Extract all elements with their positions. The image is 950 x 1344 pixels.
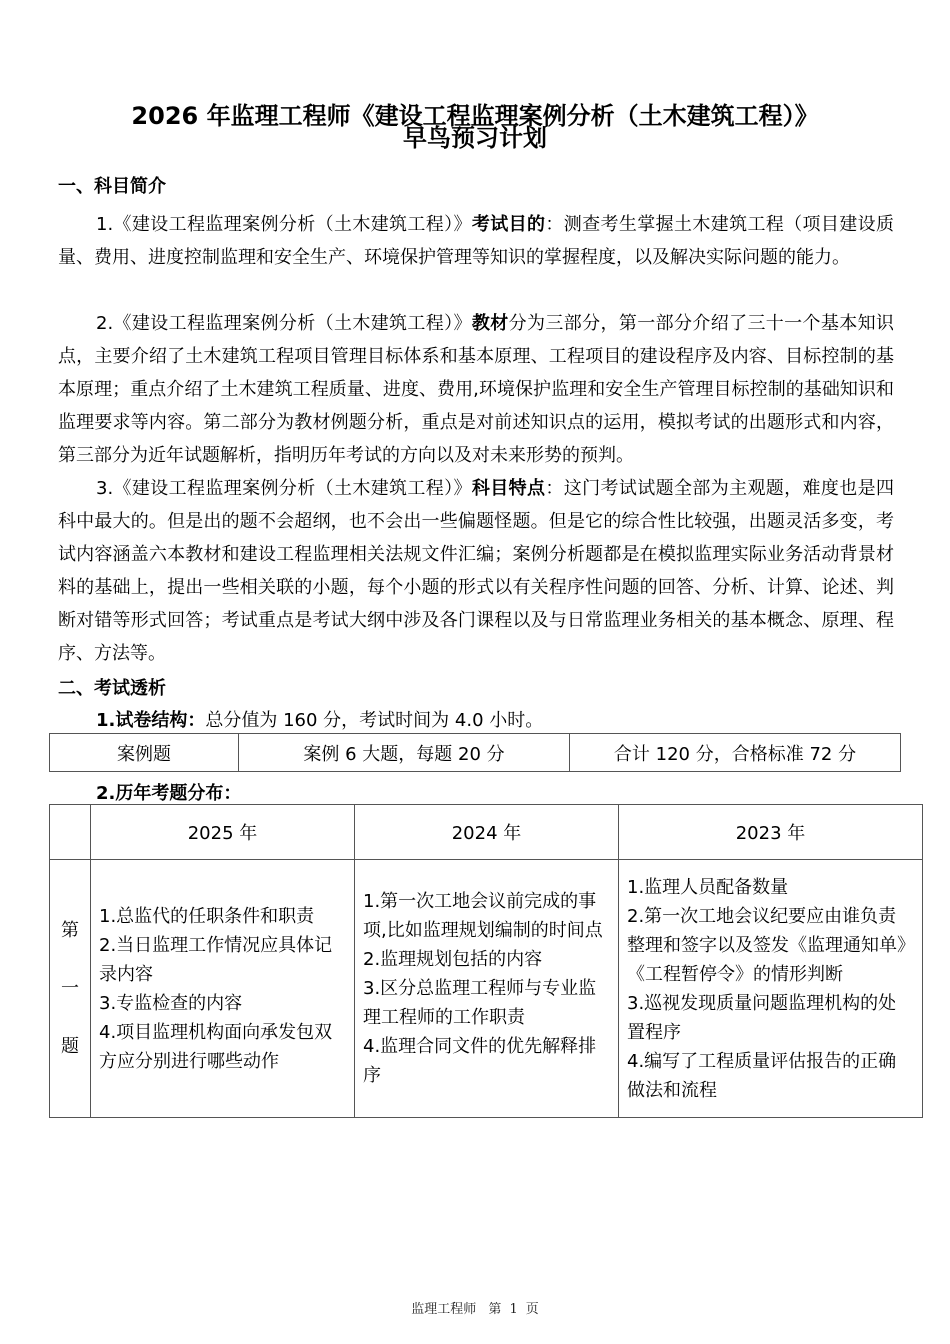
paragraph-keyword: 考试目的 — [472, 214, 545, 235]
section-heading-exam-analysis: 二、考试透析 — [58, 674, 166, 700]
table-cell: 案例 6 大题，每题 20 分 — [239, 734, 570, 772]
exam-structure-table: 案例题 案例 6 大题，每题 20 分 合计 120 分，合格标准 72 分 — [49, 733, 901, 772]
table-cell: 合计 120 分，合格标准 72 分 — [570, 734, 901, 772]
footer-page-prefix: 第 — [488, 1302, 501, 1317]
table-row: 案例题 案例 6 大题，每题 20 分 合计 120 分，合格标准 72 分 — [50, 734, 901, 772]
footer-page-suffix: 页 — [526, 1302, 539, 1317]
exam-structure-label: 1.试卷结构： — [96, 710, 205, 731]
table-header-cell — [50, 805, 91, 860]
exam-structure-text: 总分值为 160 分，考试时间为 4.0 小时。 — [205, 710, 543, 731]
list-item: 1.第一次工地会议前完成的事项,比如监理规划编制的时间点 — [363, 887, 610, 945]
list-item: 4.监理合同文件的优先解释排序 — [363, 1032, 610, 1090]
list-item: 4.编写了工程质量评估报告的正确做法和流程 — [627, 1047, 914, 1105]
paragraph-text: ：这门考试试题全部为主观题，难度也是四科中最大的。但是出的题不会超纲，也不会出一… — [58, 478, 894, 664]
cell-2025: 1.总监代的任职条件和职责 2.当日监理工作情况应具体记录内容 3.专监检查的内… — [91, 860, 355, 1118]
list-item: 1.监理人员配备数量 — [627, 873, 914, 902]
list-item: 3.专监检查的内容 — [99, 989, 346, 1018]
table-header-cell: 2023 年 — [619, 805, 923, 860]
list-item: 4.项目监理机构面向承发包双方应分别进行哪些动作 — [99, 1018, 346, 1076]
list-item: 3.区分总监理工程师与专业监理工程师的工作职责 — [363, 974, 610, 1032]
cell-2023: 1.监理人员配备数量 2.第一次工地会议纪要应由谁负责整理和签字以及签发《监理通… — [619, 860, 923, 1118]
footer-page-number: 1 — [509, 1302, 517, 1317]
paragraph-prefix: 1.《建设工程监理案例分析（土木建筑工程）》 — [96, 214, 472, 235]
cell-2024: 1.第一次工地会议前完成的事项,比如监理规划编制的时间点 2.监理规划包括的内容… — [355, 860, 619, 1118]
list-item: 2.第一次工地会议纪要应由谁负责整理和签字以及签发《监理通知单》《工程暂停令》的… — [627, 902, 914, 989]
exam-structure-line: 1.试卷结构：总分值为 160 分，考试时间为 4.0 小时。 — [96, 706, 543, 732]
row-label-question-1: 第 一 题 — [50, 860, 91, 1118]
table-row: 第 一 题 1.总监代的任职条件和职责 2.当日监理工作情况应具体记录内容 3.… — [50, 860, 923, 1118]
document-subtitle: 早鸟预习计划 — [0, 118, 950, 153]
row-label-char: 题 — [57, 1018, 83, 1076]
row-label-char: 一 — [57, 960, 83, 1018]
paragraph-exam-purpose: 1.《建设工程监理案例分析（土木建筑工程）》考试目的：测查考生掌握土木建筑工程（… — [58, 208, 894, 274]
list-item: 2.当日监理工作情况应具体记录内容 — [99, 931, 346, 989]
distribution-label: 2.历年考题分布： — [96, 779, 241, 805]
paragraph-prefix: 2.《建设工程监理案例分析（土木建筑工程）》 — [96, 313, 472, 334]
list-item: 3.巡视发现质量问题监理机构的处置程序 — [627, 989, 914, 1047]
row-label-char: 第 — [57, 902, 83, 960]
table-header-cell: 2024 年 — [355, 805, 619, 860]
paragraph-prefix: 3.《建设工程监理案例分析（土木建筑工程）》 — [96, 478, 472, 499]
distribution-table: 2025 年 2024 年 2023 年 第 一 题 1.总监代的任职条件和职责… — [49, 804, 923, 1118]
table-header-row: 2025 年 2024 年 2023 年 — [50, 805, 923, 860]
page-footer: 监理工程师 第1页 — [0, 1298, 950, 1317]
paragraph-subject-features: 3.《建设工程监理案例分析（土木建筑工程）》科目特点：这门考试试题全部为主观题，… — [58, 472, 894, 670]
paragraph-textbook: 2.《建设工程监理案例分析（土木建筑工程）》教材分为三部分，第一部分介绍了三十一… — [58, 307, 894, 472]
table-cell: 案例题 — [50, 734, 239, 772]
section-heading-intro: 一、科目简介 — [58, 172, 166, 198]
footer-doc-name: 监理工程师 — [411, 1302, 476, 1317]
distribution-label-text: 2.历年考题分布： — [96, 783, 241, 804]
list-item: 2.监理规划包括的内容 — [363, 945, 610, 974]
paragraph-text: 分为三部分，第一部分介绍了三十一个基本知识点，主要介绍了土木建筑工程项目管理目标… — [58, 313, 894, 466]
document-page: 2026 年监理工程师《建设工程监理案例分析（土木建筑工程）》 早鸟预习计划 一… — [0, 0, 950, 1344]
subtitle-text: 早鸟预习计划 — [0, 118, 950, 153]
paragraph-keyword: 科目特点 — [472, 478, 545, 499]
table-header-cell: 2025 年 — [91, 805, 355, 860]
list-item: 1.总监代的任职条件和职责 — [99, 902, 346, 931]
paragraph-keyword: 教材 — [472, 313, 509, 334]
